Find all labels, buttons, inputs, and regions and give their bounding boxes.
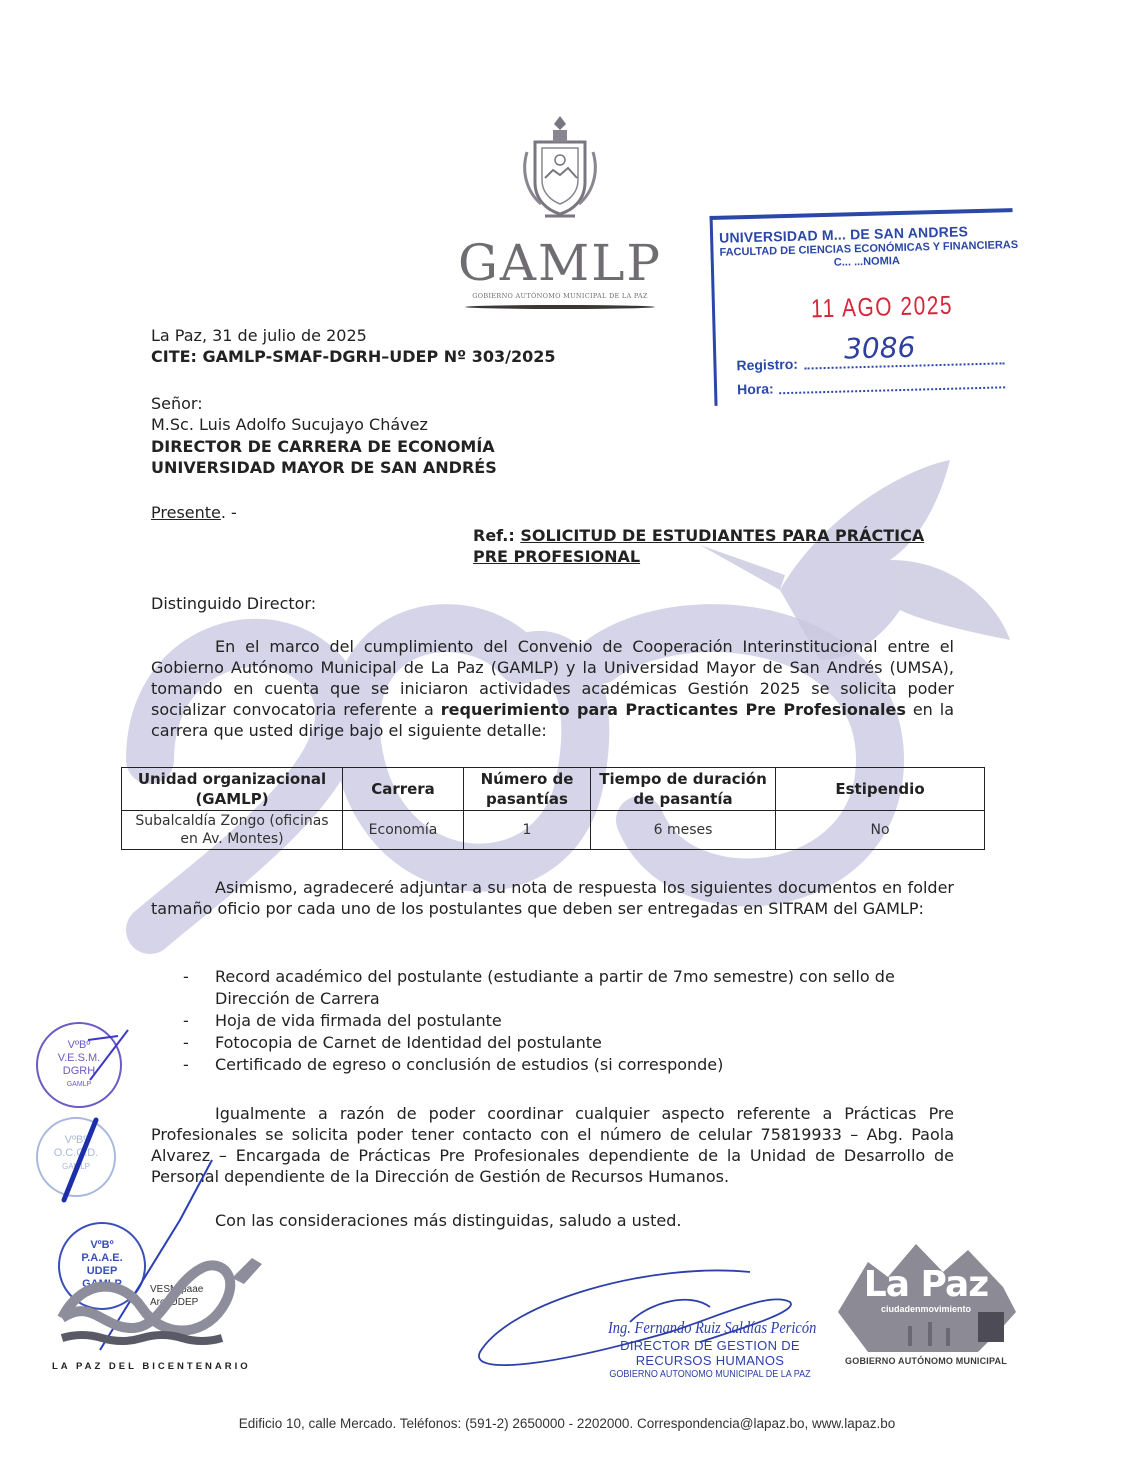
cite-number: CITE: GAMLP-SMAF-DGRH–UDEP Nº 303/2025 — [151, 346, 556, 367]
salutation-title: Señor: — [151, 393, 203, 414]
paragraph-contact-text: Igualmente a razón de poder coordinar cu… — [151, 1104, 954, 1186]
reception-stamp: UNIVERSIDAD M... DE SAN ANDRES FACULTAD … — [710, 208, 1018, 406]
stamp-hora-line — [779, 386, 1005, 394]
col-estipendio: Estipendio — [776, 768, 985, 811]
lapaz-logo: La Paz ciudadenmovimiento GOBIERNO AUTÓN… — [828, 1242, 1024, 1382]
presente: Presente. - — [151, 502, 237, 523]
paragraph-intro-bold: requerimiento para Practicantes Pre Prof… — [441, 700, 906, 719]
stamp-registro-value: 3086 — [844, 331, 916, 366]
lapaz-logo-government: GOBIERNO AUTÓNOMO MUNICIPAL — [828, 1356, 1024, 1366]
logo-underline — [465, 305, 655, 309]
table-row: Subalcaldía Zongo (oficinas en Av. Monte… — [122, 811, 985, 850]
cell-estipendio: No — [776, 811, 985, 850]
gamlp-logo-text: GAMLP — [450, 238, 670, 288]
bicentenario-logo-icon — [52, 1238, 272, 1356]
requirements-list: -Record académico del postulante (estudi… — [183, 966, 973, 1076]
paragraph-documents-text: Asimismo, agradeceré adjuntar a su nota … — [151, 878, 954, 918]
presente-suffix: . - — [221, 503, 237, 522]
stamp-registro-label: Registro: — [736, 356, 798, 374]
list-item: -Fotocopia de Carnet de Identidad del po… — [183, 1032, 973, 1054]
list-item: -Record académico del postulante (estudi… — [183, 966, 973, 1010]
greeting: Distinguido Director: — [151, 593, 316, 614]
recipient-position: DIRECTOR DE CARRERA DE ECONOMÍA — [151, 436, 495, 457]
stamp-career: C... ...NOMIA — [834, 255, 900, 269]
col-numero: Número de pasantías — [464, 768, 591, 811]
cell-tiempo: 6 meses — [591, 811, 776, 850]
lapaz-logo-title: La Paz — [842, 1264, 1010, 1305]
col-unidad: Unidad organizacional (GAMLP) — [122, 768, 343, 811]
cell-carrera: Economía — [343, 811, 464, 850]
paragraph-contact: Igualmente a razón de poder coordinar cu… — [151, 1103, 954, 1187]
closing: Con las consideraciones más distinguidas… — [215, 1210, 682, 1231]
signatory-institution: GOBIERNO AUTONOMO MUNICIPAL DE LA PAZ — [602, 1368, 818, 1381]
cell-unidad: Subalcaldía Zongo (oficinas en Av. Monte… — [122, 811, 343, 850]
list-item: -Hoja de vida firmada del postulante — [183, 1010, 973, 1032]
ref-text: SOLICITUD DE ESTUDIANTES PARA PRÁCTICA P… — [473, 526, 924, 566]
col-carrera: Carrera — [343, 768, 464, 811]
signatory-title: DIRECTOR DE GESTION DE — [590, 1338, 830, 1353]
cell-numero: 1 — [464, 811, 591, 850]
signatory-title-2: RECURSOS HUMANOS — [590, 1353, 830, 1368]
letter-page: GAMLP GOBIERNO AUTÓNOMO MUNICIPAL DE LA … — [0, 0, 1134, 1468]
paragraph-intro: En el marco del cumplimiento del Conveni… — [151, 636, 954, 741]
recipient-institution: UNIVERSIDAD MAYOR DE SAN ANDRÉS — [151, 457, 497, 478]
gamlp-logo: GAMLP GOBIERNO AUTÓNOMO MUNICIPAL DE LA … — [450, 112, 670, 309]
recipient-name: M.Sc. Luis Adolfo Sucujayo Chávez — [151, 414, 428, 435]
signature-block: Ing. Fernando Ruiz Saldías Pericón DIREC… — [590, 1318, 830, 1381]
gamlp-logo-subtitle: GOBIERNO AUTÓNOMO MUNICIPAL DE LA PAZ — [450, 292, 670, 300]
paragraph-documents: Asimismo, agradeceré adjuntar a su nota … — [151, 877, 954, 919]
stamp-date: 11 AGO 2025 — [811, 290, 954, 325]
table-header-row: Unidad organizacional (GAMLP) Carrera Nú… — [122, 768, 985, 811]
place-date: La Paz, 31 de julio de 2025 — [151, 325, 367, 346]
col-tiempo: Tiempo de duración de pasantía — [591, 768, 776, 811]
signatory-name: Ing. Fernando Ruiz Saldías Pericón — [608, 1318, 812, 1338]
footer-contact: Edificio 10, calle Mercado. Teléfonos: (… — [0, 1416, 1134, 1431]
stamp-hora-label: Hora: — [737, 380, 774, 397]
lapaz-logo-subtitle: ciudadenmovimiento — [842, 1304, 1010, 1314]
internship-table: Unidad organizacional (GAMLP) Carrera Nú… — [121, 767, 985, 850]
presente-word: Presente — [151, 503, 221, 522]
bicentenario-logo-text: LA PAZ DEL BICENTENARIO — [52, 1361, 251, 1372]
ref-label: Ref.: — [473, 526, 515, 545]
reference: Ref.: SOLICITUD DE ESTUDIANTES PARA PRÁC… — [473, 525, 943, 567]
coat-of-arms-icon — [515, 112, 605, 230]
list-item: -Certificado de egreso o conclusión de e… — [183, 1054, 973, 1076]
